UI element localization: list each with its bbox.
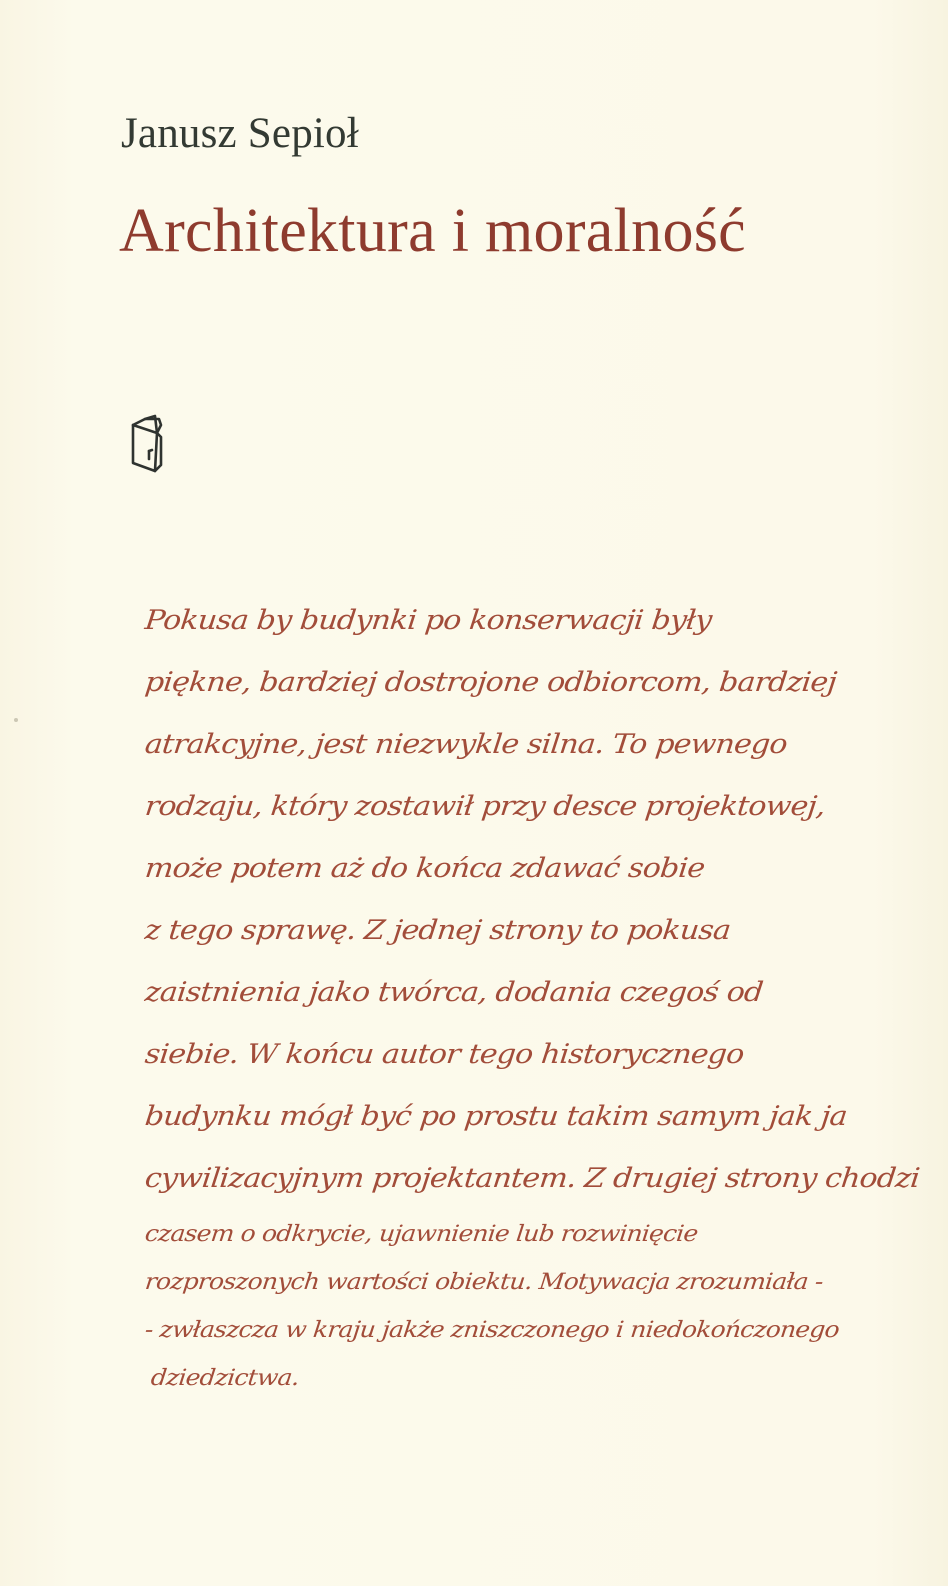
manuscript-line: atrakcyjne, jest niezwykle silna. To pew… [142, 717, 768, 773]
publisher-logo-icon [125, 405, 175, 475]
manuscript-line: cywilizacyjnym projektantem. Z drugiej s… [142, 1151, 768, 1207]
manuscript-line: - zwłaszcza w kraju jakże zniszczonego i… [143, 1308, 768, 1351]
paper-speck [14, 718, 18, 722]
book-cover: Janusz Sepioł Architektura i moralność P… [0, 0, 948, 1586]
manuscript-line: Pokusa by budynki po konserwacji były [142, 593, 768, 649]
handwritten-quote: Pokusa by budynki po konserwacji były pi… [145, 590, 765, 1402]
manuscript-line: rodzaju, który zostawił przy desce proje… [142, 779, 768, 835]
manuscript-line: zaistnienia jako twórca, dodania czegoś … [142, 965, 768, 1021]
manuscript-line: siebie. W końcu autor tego historycznego [142, 1027, 768, 1083]
manuscript-line: budynku mógł być po prostu takim samym j… [142, 1089, 768, 1145]
manuscript-line: piękne, bardziej dostrojone odbiorcom, b… [142, 655, 768, 711]
author-name: Janusz Sepioł [121, 112, 359, 155]
manuscript-line: rozproszonych wartości obiektu. Motywacj… [143, 1260, 768, 1303]
manuscript-line: czasem o odkrycie, ujawnienie lub rozwin… [143, 1212, 768, 1255]
manuscript-line: dziedzictwa. [143, 1356, 768, 1399]
manuscript-line: może potem aż do końca zdawać sobie [142, 841, 768, 897]
manuscript-line: z tego sprawę. Z jednej strony to pokusa [142, 903, 768, 959]
book-title: Architektura i moralność [119, 200, 746, 262]
